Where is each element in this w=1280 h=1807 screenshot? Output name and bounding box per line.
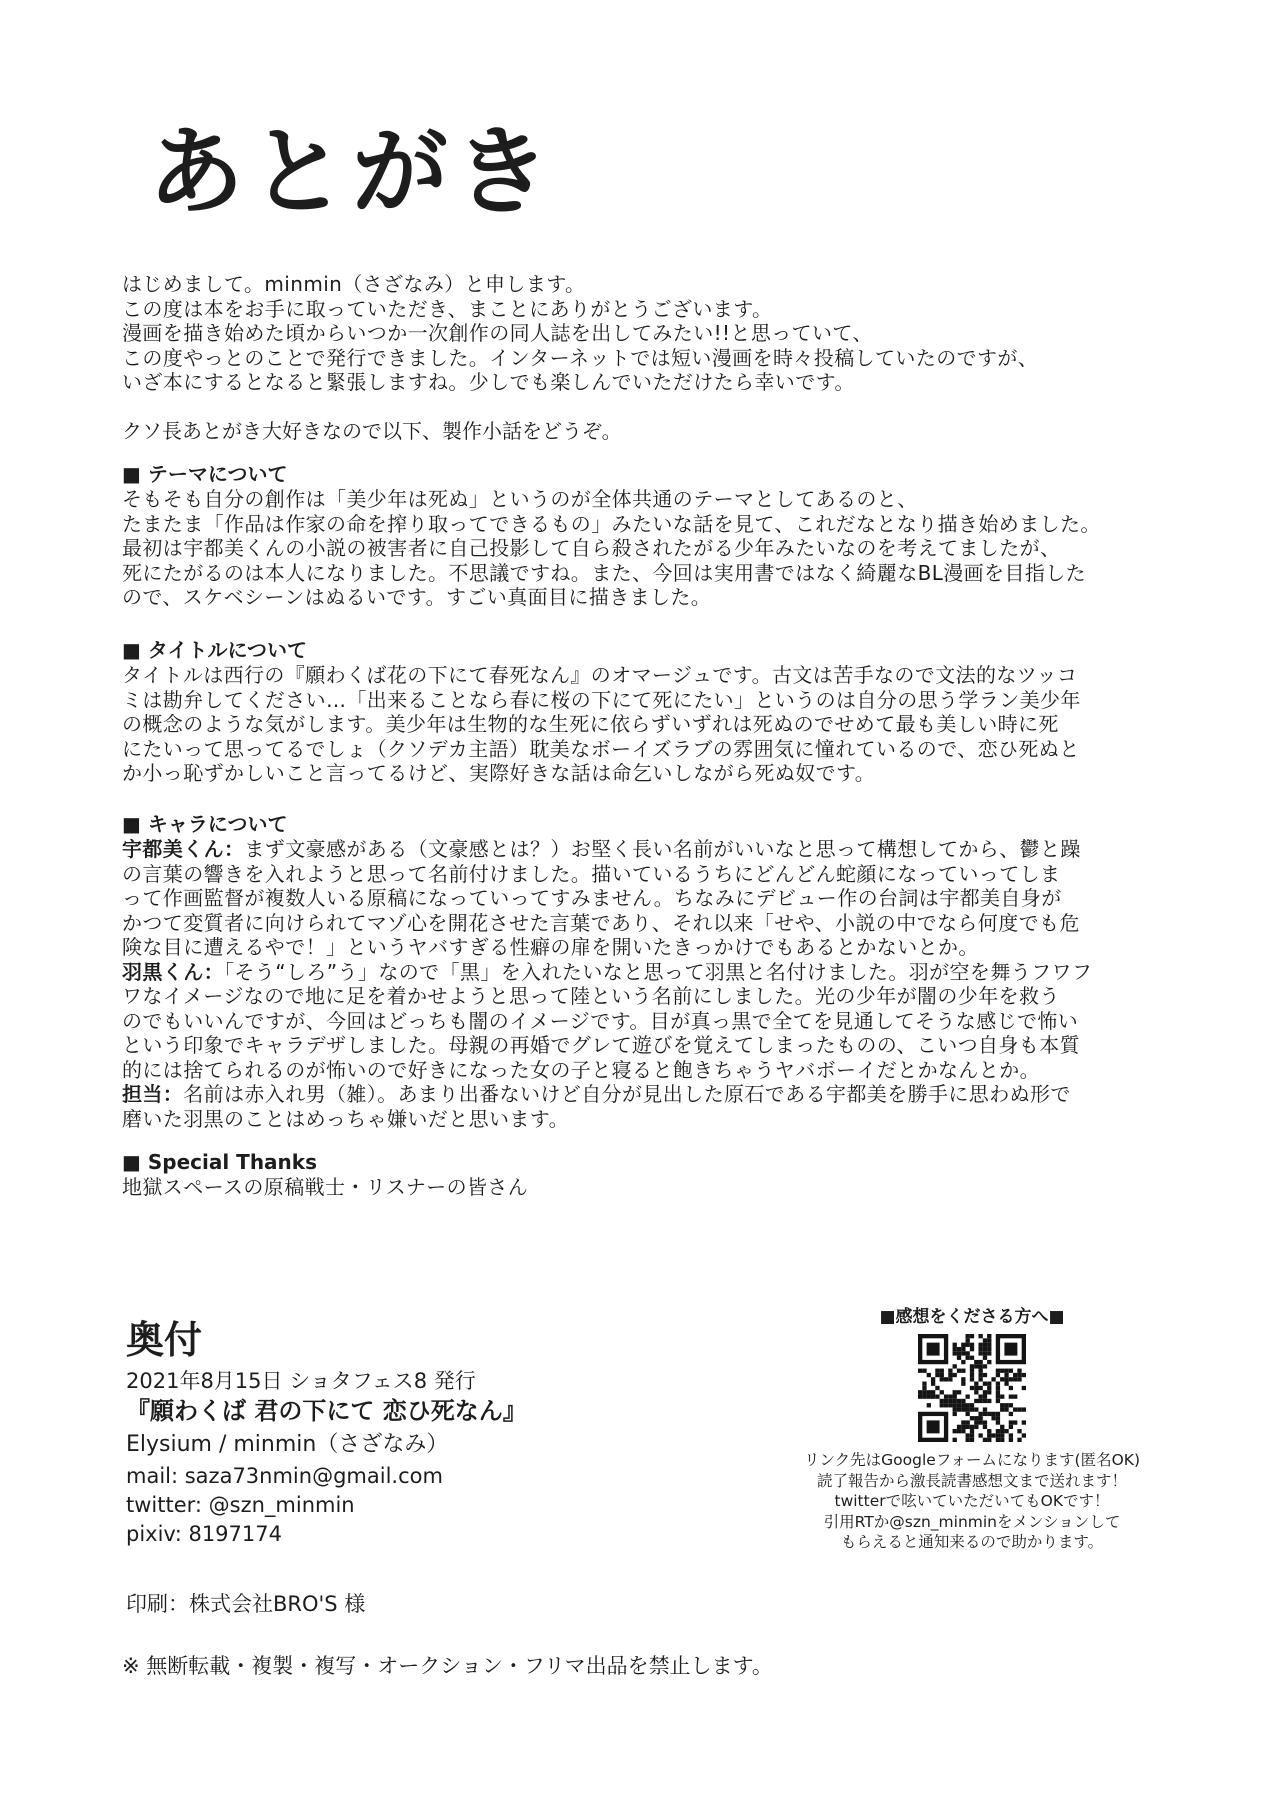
mail-address: mail: saza73nmin@gmail.com — [126, 1462, 527, 1491]
text-line: たまたま「作品は作家の命を搾り取ってできるもの」みたいな話を見て、これだなとなり… — [122, 512, 1101, 537]
text-line: ミは勘弁してください…「出来ることなら春に桜の下にて死にたい」というのは自分の思… — [122, 688, 1081, 713]
text-line: の概念のような気がします。美少年は生物的な生死に依らずいずれは死ぬのでせめて最も… — [122, 712, 1081, 737]
circle-author: Elysium / minmin（さざなみ） — [126, 1428, 527, 1462]
feedback-instructions: リンク先はGoogleフォームになります(匿名OK)読了報告から激長読書感想文ま… — [772, 1450, 1172, 1553]
text-line: 漫画を描き始めた頃からいつか一次創作の同人誌を出してみたい!!と思っていて、 — [122, 321, 1038, 346]
run-in-label: 羽黒くん： — [122, 960, 224, 984]
text-line: にたいって思ってるでしょ（クソデカ主語）耽美なボーイズラブの雰囲気に憧れているの… — [122, 737, 1081, 762]
text-line: 磨いた羽黒のことはめっちゃ嫌いだと思います。 — [122, 1107, 1092, 1132]
text-line: ので、スケベシーンはぬるいです。すごい真面目に描きました。 — [122, 585, 1101, 610]
text-line: 担当：名前は赤入れ男（雑）。あまり出番ないけど自分が見出した原石である宇都美を勝… — [122, 1082, 1092, 1107]
run-in-label: 宇都美くん： — [122, 837, 244, 861]
text-line: 宇都美くん：まず文豪感がある（文豪感とは？）お堅く長い名前がいいなと思って構想し… — [122, 837, 1092, 862]
section-special-thanks-header: ■ Special Thanks — [122, 1150, 528, 1175]
text-line: 的には捨てられるのが怖いので好きになった女の子と寝ると飽きちゃうヤバボーイだとか… — [122, 1058, 1092, 1083]
feedback-box: ■感想をくださる方へ■ リンク先はGoogleフォームになります(匿名OK)読了… — [772, 1306, 1172, 1553]
feedback-header: ■感想をくださる方へ■ — [772, 1306, 1172, 1328]
text-line: 死にたがるのは本人になりました。不思議ですね。また、今回は実用書ではなく綺麗なB… — [122, 561, 1101, 586]
text-line: 羽黒くん：「そう“しろ”う」なので「黒」を入れたいなと思って羽黒と名付けました。… — [122, 960, 1092, 985]
section-special-thanks-body: 地獄スペースの原稿戦士・リスナーの皆さん — [122, 1175, 528, 1200]
book-title: 『願わくば 君の下にて 恋ひ死なん』 — [126, 1394, 527, 1428]
text-line: タイトルは西行の『願わくば花の下にて春死なん』のオマージュです。古文は苦手なので… — [122, 663, 1081, 688]
qr-code-icon — [918, 1334, 1026, 1442]
text-line: か小っ恥ずかしいこと言ってるけど、実際好きな話は命乞いしながら死ぬ奴です。 — [122, 761, 1081, 786]
text-line: 地獄スペースの原稿戦士・リスナーの皆さん — [122, 1175, 528, 1200]
page-title: あとがき — [148, 96, 556, 233]
colophon-heading: 奥付 — [126, 1318, 527, 1362]
no-reproduction-notice: ※ 無断転載・複製・複写・オークション・フリマ出品を禁止します。 — [122, 1650, 773, 1680]
text-line: この度は本をお手に取っていただき、まことにありがとうございます。 — [122, 297, 1038, 322]
section-theme-body: そもそも自分の創作は「美少年は死ぬ」というのが全体共通のテーマとしてあるのと、た… — [122, 487, 1101, 610]
text-line: って作画監督が複数人いる原稿になっていってすみません。ちなみにデビュー作の台詞は… — [122, 886, 1092, 911]
publish-date-event: 2021年8月15日 ショタフェス8 発行 — [126, 1368, 527, 1394]
text-line: もらえると通知来るので助かります。 — [772, 1532, 1172, 1553]
section-characters-body: 宇都美くん：まず文豪感がある（文豪感とは？）お堅く長い名前がいいなと思って構想し… — [122, 837, 1092, 1131]
section-title-body: タイトルは西行の『願わくば花の下にて春死なん』のオマージュです。古文は苦手なので… — [122, 663, 1081, 786]
pixiv-id: pixiv: 8197174 — [126, 1520, 527, 1549]
section-characters: ■ キャラについて 宇都美くん：まず文豪感がある（文豪感とは？）お堅く長い名前が… — [122, 812, 1092, 1131]
section-special-thanks: ■ Special Thanks 地獄スペースの原稿戦士・リスナーの皆さん — [122, 1150, 528, 1200]
intro-paragraph: はじめまして。minmin（さざなみ）と申します。この度は本をお手に取っていただ… — [122, 272, 1038, 395]
text-line: はじめまして。minmin（さざなみ）と申します。 — [122, 272, 1038, 297]
text-line: の言葉の響きを入れようと思って名前付けました。描いているうちにどんどん蛇顔になっ… — [122, 862, 1092, 887]
text-line: のでもいいんですが、今回はどっちも闇のイメージです。目が真っ黒で全てを見通してそ… — [122, 1009, 1092, 1034]
section-title-header: ■ タイトルについて — [122, 638, 1081, 663]
section-theme: ■ テーマについて そもそも自分の創作は「美少年は死ぬ」というのが全体共通のテー… — [122, 462, 1101, 610]
preamble-line: クソ長あとがき大好きなので以下、製作小話をどうぞ。 — [122, 419, 622, 444]
text-line: この度やっとのことで発行できました。インターネットでは短い漫画を時々投稿していた… — [122, 346, 1038, 371]
text-line: いざ本にするとなると緊張しますね。少しでも楽しんでいただけたら幸いです。 — [122, 370, 1038, 395]
twitter-handle: twitter: @szn_minmin — [126, 1491, 527, 1520]
section-title: ■ タイトルについて タイトルは西行の『願わくば花の下にて春死なん』のオマージュ… — [122, 638, 1081, 786]
text-line: リンク先はGoogleフォームになります(匿名OK) — [772, 1450, 1172, 1471]
text-line: かつて変質者に向けられてマゾ心を開花させた言葉であり、それ以来「せや、小説の中で… — [122, 911, 1092, 936]
text-line: 引用RTか@szn_minminをメンションして — [772, 1512, 1172, 1533]
text-line: そもそも自分の創作は「美少年は死ぬ」というのが全体共通のテーマとしてあるのと、 — [122, 487, 1101, 512]
text-line: 最初は宇都美くんの小説の被害者に自己投影して自ら殺されたがる少年みたいなのを考え… — [122, 536, 1101, 561]
text-line: ワなイメージなので地に足を着かせようと思って陸という名前にしました。光の少年が闇… — [122, 984, 1092, 1009]
run-in-label: 担当： — [122, 1082, 183, 1106]
printer-credit: 印刷：株式会社BRO'S 様 — [126, 1588, 365, 1618]
afterword-page: あとがき はじめまして。minmin（さざなみ）と申します。この度は本をお手に取… — [0, 0, 1280, 1807]
text-line: 険な目に遭えるやで！」というヤバすぎる性癖の扉を開いたきっかけでもあるとかないと… — [122, 935, 1092, 960]
text-line: twitterで呟いていただいてもOKです！ — [772, 1491, 1172, 1512]
text-line: 読了報告から激長読書感想文まで送れます！ — [772, 1471, 1172, 1492]
section-theme-header: ■ テーマについて — [122, 462, 1101, 487]
text-line: という印象でキャラデザしました。母親の再婚でグレて遊びを覚えてしまったものの、こ… — [122, 1033, 1092, 1058]
colophon: 奥付 2021年8月15日 ショタフェス8 発行 『願わくば 君の下にて 恋ひ死… — [126, 1318, 527, 1549]
section-characters-header: ■ キャラについて — [122, 812, 1092, 837]
